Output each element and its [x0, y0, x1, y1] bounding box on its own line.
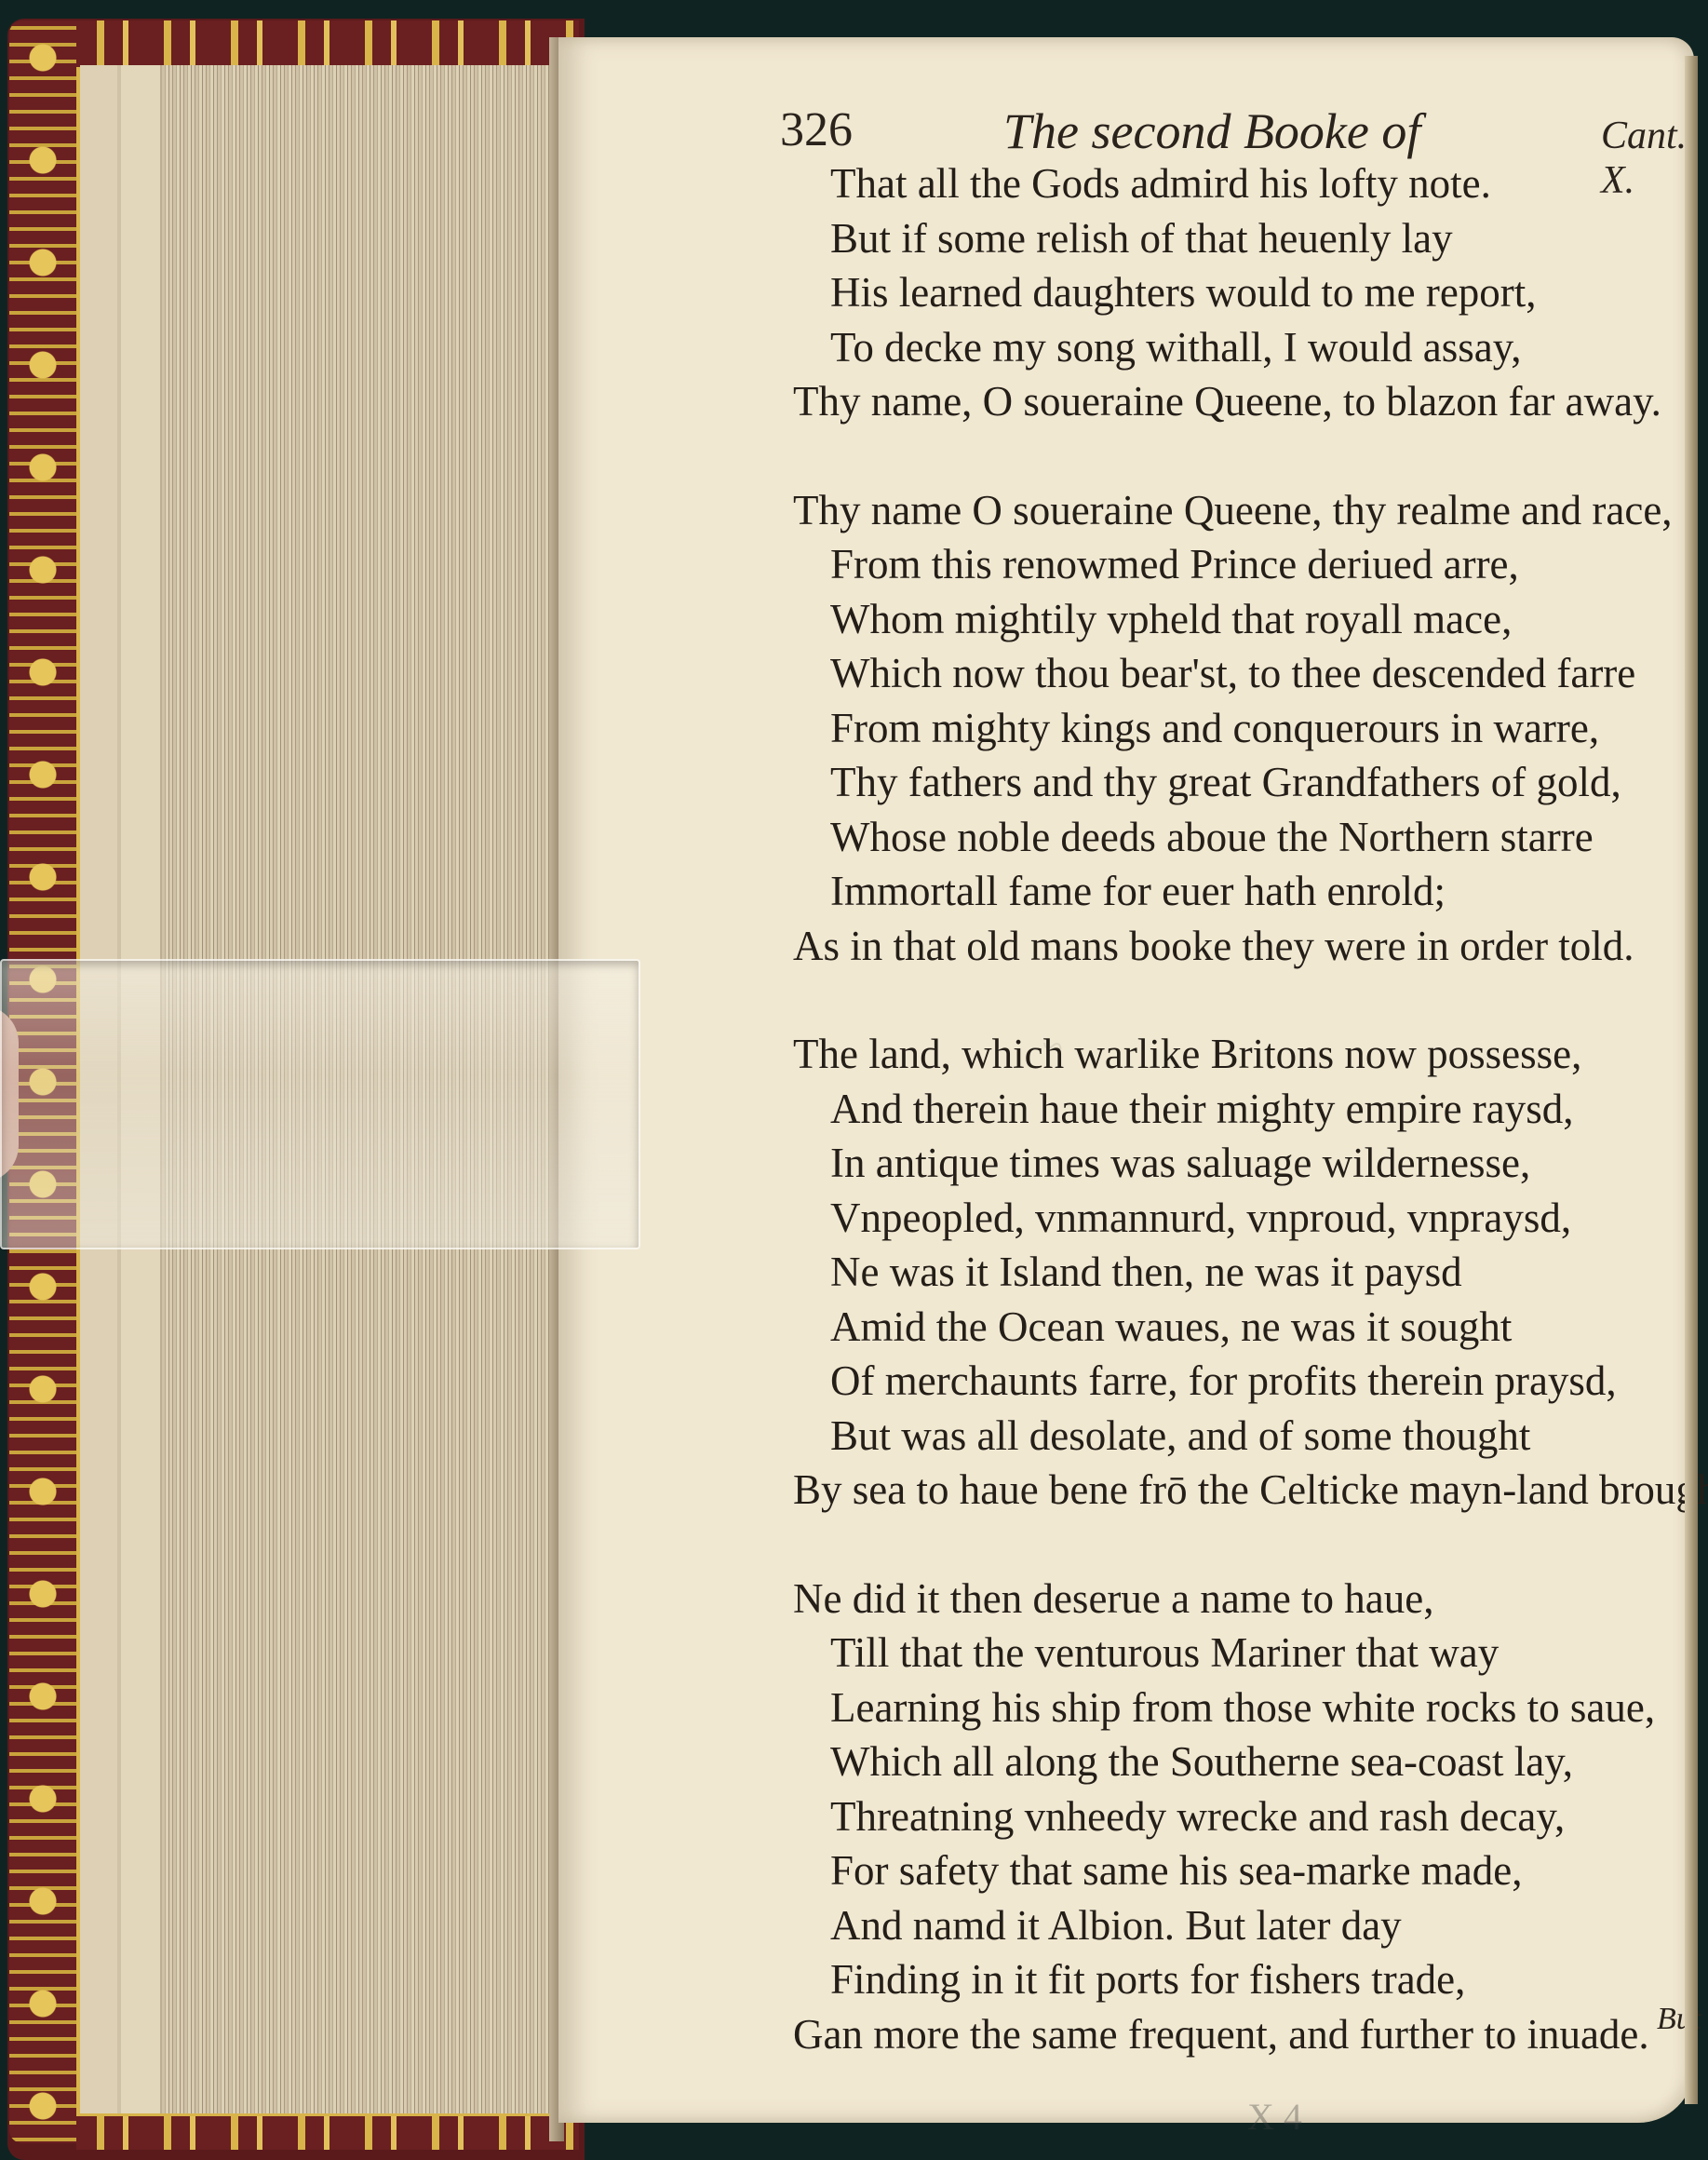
stanza: Ne did it then deserue a name to haue, T… — [793, 1572, 1687, 2062]
verse-line: Immortall fame for euer hath enrold; — [793, 864, 1687, 919]
verse-line: Thy name, O soueraine Queene, to blazon … — [793, 374, 1687, 429]
verse-line: Gan more the same frequent, and further … — [793, 2007, 1687, 2062]
verse-line: Till that the venturous Mariner that way — [793, 1626, 1687, 1681]
stanza: Thy name O soueraine Queene, thy realme … — [793, 483, 1687, 974]
verse-line: Finding in it fit ports for fishers trad… — [793, 1952, 1687, 2007]
verse-line: Thy name O soueraine Queene, thy realme … — [793, 483, 1687, 538]
verse-line: For safety that same his sea-marke made, — [793, 1843, 1687, 1898]
stanza: That all the Gods admird his lofty note.… — [793, 156, 1687, 429]
verse-line: Ne was it Island then, ne was it paysd — [793, 1245, 1687, 1300]
gilt-border-top — [76, 20, 579, 70]
gilt-border-bottom — [76, 2113, 579, 2150]
verse-line: Which now thou bear'st, to thee descende… — [793, 646, 1687, 701]
verse-line: Learning his ship from those white rocks… — [793, 1681, 1687, 1735]
acrylic-page-weight — [0, 959, 640, 1249]
verse-line: Whom mightily vpheld that royall mace, — [793, 592, 1687, 647]
verse-line: But if some relish of that heuenly lay — [793, 211, 1687, 266]
verse-line: And namd it Albion. But later day — [793, 1898, 1687, 1953]
verse-line: Amid the Ocean waues, ne was it sought — [793, 1300, 1687, 1355]
verse-line: But was all desolate, and of some though… — [793, 1409, 1687, 1464]
verse-line: Ne did it then deserue a name to haue, — [793, 1572, 1687, 1627]
verse-line: That all the Gods admird his lofty note. — [793, 156, 1687, 211]
page-number: 326 — [780, 102, 853, 157]
page-right-edge — [1685, 56, 1698, 2104]
verse-line: As in that old mans booke they were in o… — [793, 919, 1687, 974]
verse-line: Whose noble deeds aboue the Northern sta… — [793, 810, 1687, 865]
verse-line: Thy fathers and thy great Grandfathers o… — [793, 755, 1687, 810]
running-head: The second Booke of — [1003, 102, 1420, 160]
verse-line: Of merchaunts farre, for profits therein… — [793, 1354, 1687, 1409]
verse-line: By sea to haue bene frō the Celticke may… — [793, 1463, 1687, 1518]
verse-line: In antique times was saluage wildernesse… — [793, 1136, 1687, 1191]
printed-page: ~ 326 The second Booke of Cant. X. That … — [558, 37, 1694, 2123]
signature-mark: X 4 — [1247, 2095, 1302, 2139]
verse-line: His learned daughters would to me report… — [793, 265, 1687, 320]
verse-line: From this renowmed Prince deriued arre, — [793, 537, 1687, 592]
verse-line: Threatning vnheedy wrecke and rash decay… — [793, 1789, 1687, 1844]
verse-line: Which all along the Southerne sea-coast … — [793, 1735, 1687, 1789]
verse-line: And therein haue their mighty empire ray… — [793, 1082, 1687, 1137]
verse-line: From mighty kings and conquerours in war… — [793, 701, 1687, 756]
verse-line: Vnpeopled, vnmannurd, vnproud, vnpraysd, — [793, 1191, 1687, 1246]
stanza: The land, which warlike Britons now poss… — [793, 1027, 1687, 1518]
poem-text: That all the Gods admird his lofty note.… — [793, 156, 1687, 2115]
verse-line: The land, which warlike Britons now poss… — [793, 1027, 1687, 1082]
verse-line: To decke my song withall, I would assay, — [793, 320, 1687, 375]
